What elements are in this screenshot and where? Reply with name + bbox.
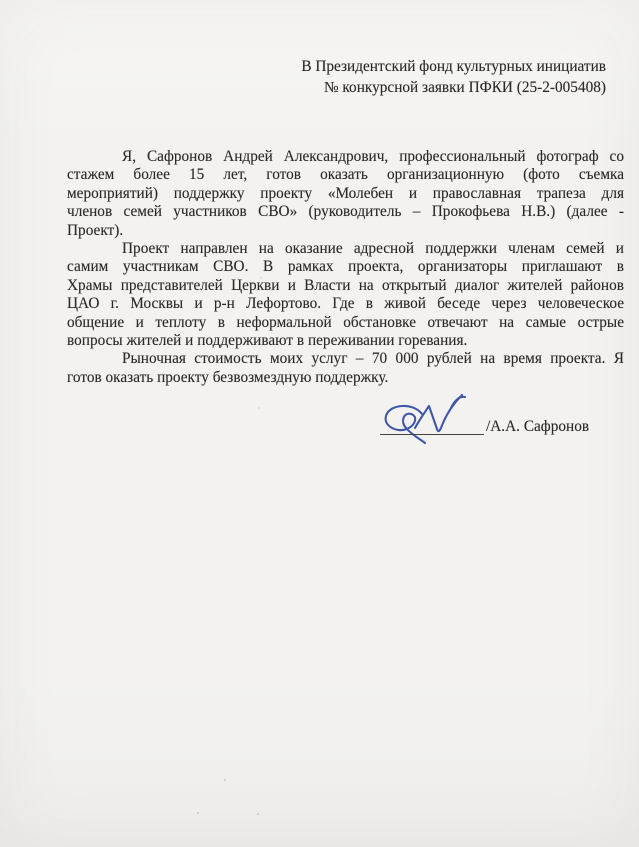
paragraph2-line: самим участникам СВО. В рамках проекта, … (67, 258, 624, 276)
scan-speck (224, 779, 226, 781)
paragraph1-line: стажем более 15 лет, готов оказать орган… (67, 166, 624, 184)
scan-speck (260, 277, 262, 279)
document-page: В Президентский фонд культурных инициати… (0, 0, 639, 847)
scan-speck (257, 813, 259, 815)
scan-speck (258, 407, 260, 409)
paragraph2-line: общение и теплоту в неформальной обстано… (67, 314, 624, 332)
paragraph1-line: членов семей участников СВО» (руководите… (67, 203, 624, 221)
paragraph2-line: ЦАО г. Москвы и р-н Лефортово. Где в жив… (67, 295, 624, 313)
paragraph2-line: Проект направлен на оказание адресной по… (67, 240, 624, 258)
recipient-block: В Президентский фонд культурных инициати… (301, 56, 606, 98)
handwritten-signature-icon (375, 385, 485, 447)
letter-body: Я, Сафронов Андрей Александрович, профес… (67, 148, 624, 387)
paragraph1-line: мероприятий) поддержку проекту «Молебен … (67, 185, 624, 203)
recipient-line: В Президентский фонд культурных инициати… (301, 56, 606, 77)
scan-speck (197, 812, 199, 814)
paragraph2-line: Храмы представителей Церкви и Власти на … (67, 277, 624, 295)
signature-block: /А.А. Сафронов (375, 385, 605, 447)
paragraph1-line: Я, Сафронов Андрей Александрович, профес… (67, 148, 624, 166)
paragraph2-line: вопросы жителей и поддерживают в пережив… (67, 332, 624, 350)
paragraph3-line: Рыночная стоимость моих услуг – 70 000 р… (67, 350, 624, 368)
scanned-letter: { "colors": { "paper": "#f3f2f0", "text"… (0, 0, 639, 847)
signature-line (380, 434, 484, 435)
application-number-line: № конкурсной заявки ПФКИ (25-2-005408) (301, 77, 606, 98)
paragraph1-line: Проект). (67, 222, 624, 240)
signatory-name: /А.А. Сафронов (486, 418, 589, 436)
